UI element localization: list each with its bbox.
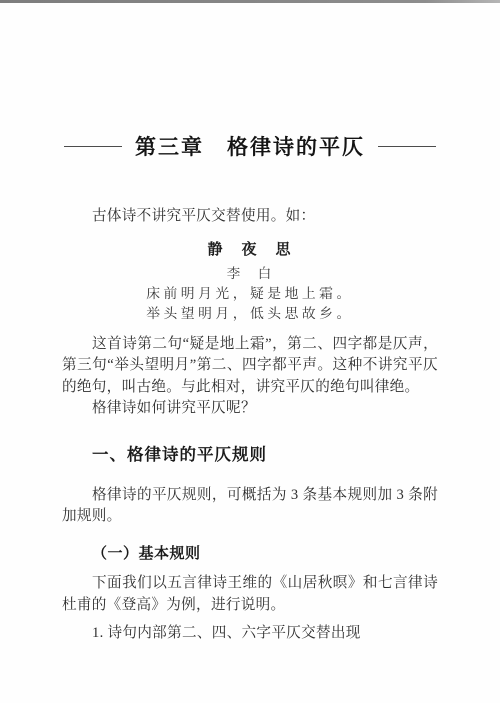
page-body: 古体诗不讲究平仄交替使用。如： 静 夜 思 李 白 床前明月光，疑是地上霜。 举… xyxy=(62,206,438,644)
poem-title: 静 夜 思 xyxy=(62,240,438,260)
subsection-body-paragraph: 下面我们以五言律诗王维的《山居秋暝》和七言律诗杜甫的《登高》为例，进行说明。 xyxy=(62,573,438,616)
question-paragraph: 格律诗如何讲究平仄呢？ xyxy=(62,398,438,420)
section-body-paragraph: 格律诗的平仄规则，可概括为 3 条基本规则加 3 条附加规则。 xyxy=(62,485,438,528)
poem-block: 静 夜 思 李 白 床前明月光，疑是地上霜。 举头望明月，低头思故乡。 xyxy=(62,240,438,324)
poem-line: 床前明月光，疑是地上霜。 xyxy=(62,284,438,304)
poem-author: 李 白 xyxy=(62,264,438,284)
numbered-item-1: 1. 诗句内部第二、四、六字平仄交替出现 xyxy=(62,623,438,645)
page-top-edge xyxy=(0,0,500,3)
poem-line: 举头望明月，低头思故乡。 xyxy=(62,304,438,324)
title-rule-right xyxy=(378,146,436,147)
intro-lead-paragraph: 古体诗不讲究平仄交替使用。如： xyxy=(62,206,438,228)
subsection-heading-basic-rules: （一）基本规则 xyxy=(62,543,438,565)
chapter-header: 第三章 格律诗的平仄 xyxy=(0,131,500,161)
title-rule-left xyxy=(64,146,122,147)
section-heading-rules: 一、格律诗的平仄规则 xyxy=(62,445,438,467)
chapter-title: 第三章 格律诗的平仄 xyxy=(135,131,365,161)
analysis-paragraph: 这首诗第二句“疑是地上霜”，第二、四字都是仄声，第三句“举头望明月”第二、四字都… xyxy=(62,334,438,399)
